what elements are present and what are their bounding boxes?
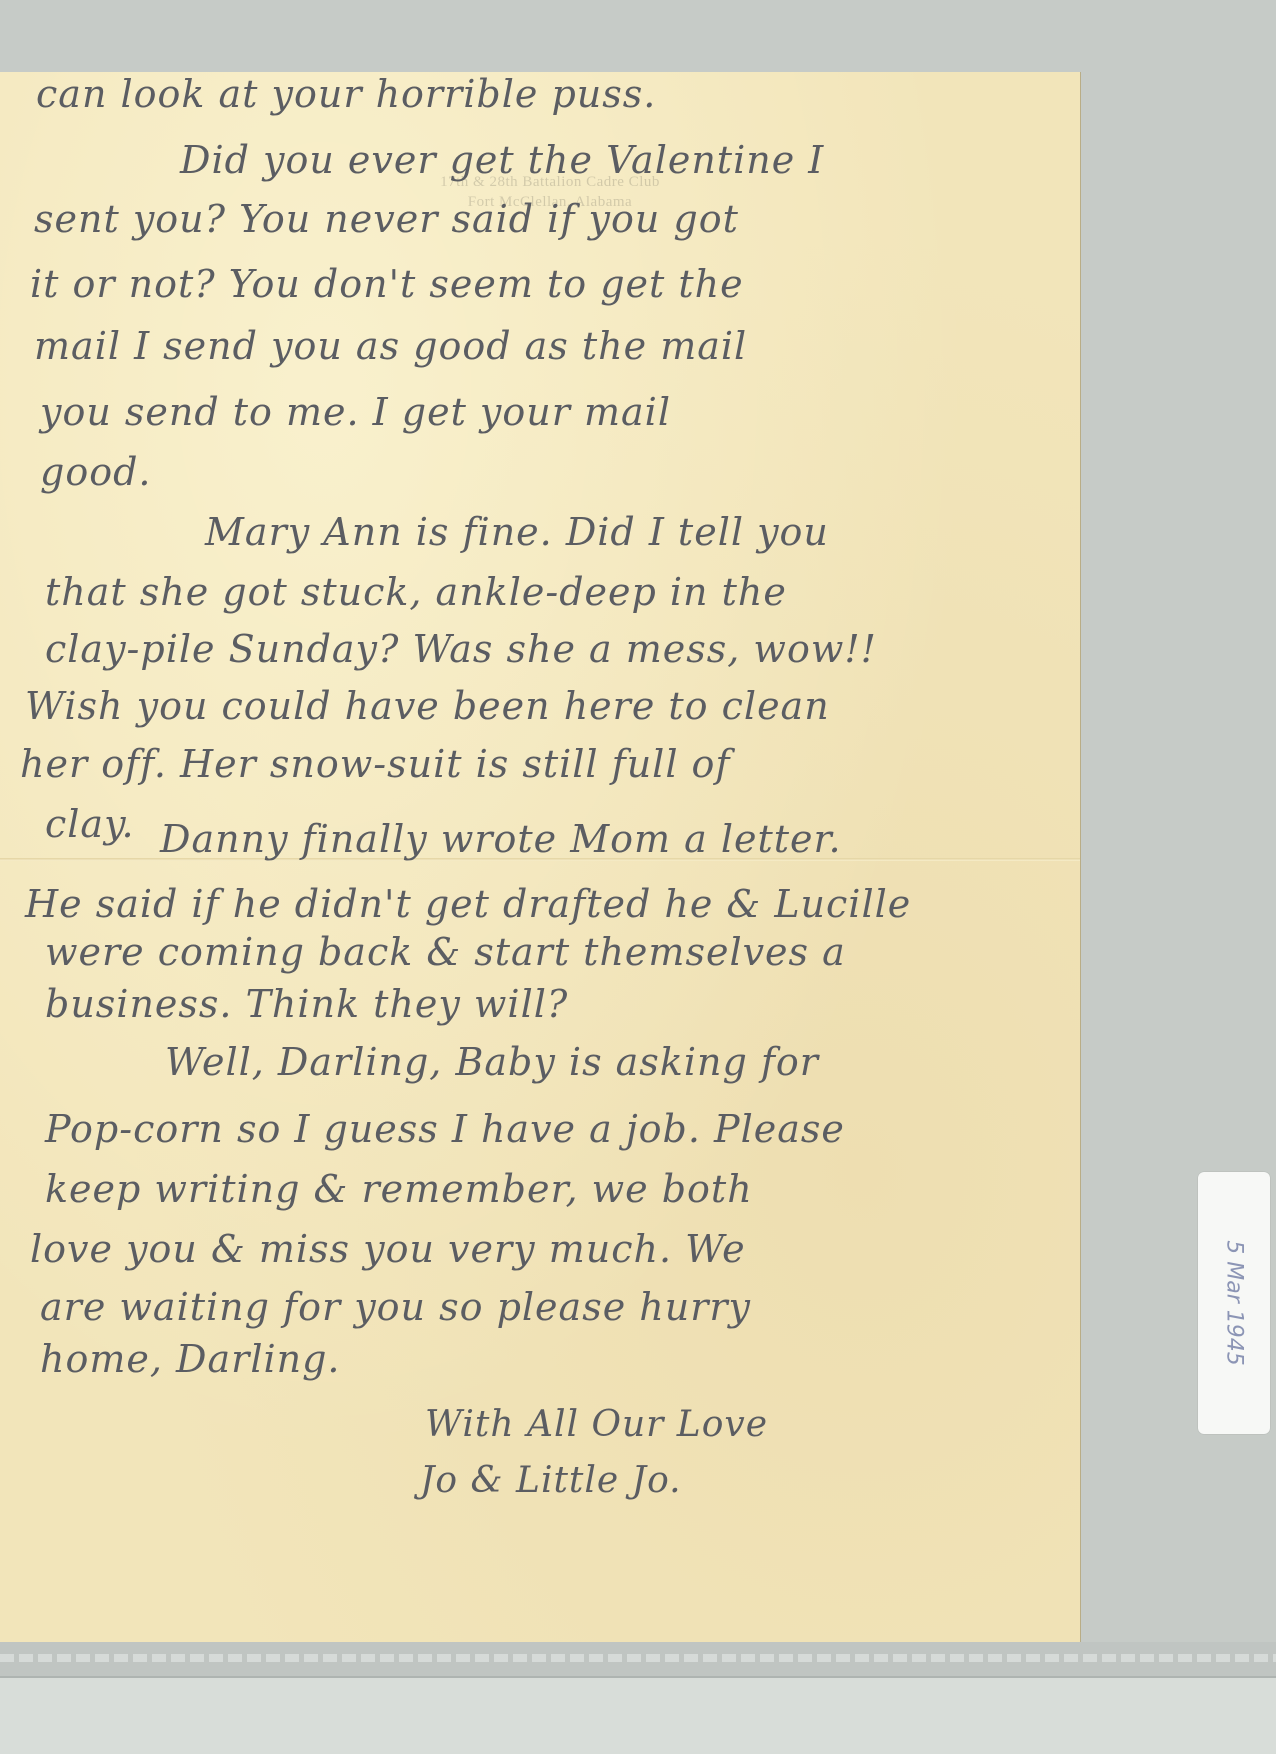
sleeve-perforated-strip — [0, 1642, 1276, 1678]
letter-line: Danny finally wrote Mom a letter. — [160, 817, 842, 861]
letter-line: Wish you could have been here to clean — [25, 684, 830, 728]
letter-line: sent you? You never said if you got — [34, 197, 739, 241]
letter-signature: Jo & Little Jo. — [420, 1460, 682, 1501]
letter-line: were coming back & start themselves a — [45, 930, 846, 974]
letter-line: that she got stuck, ankle-deep in the — [45, 570, 787, 614]
letter-line: good. — [40, 450, 152, 494]
letter-page: 17th & 28th Battalion Cadre Club Fort Mc… — [0, 72, 1080, 1642]
letter-line: home, Darling. — [40, 1337, 341, 1381]
perforation-holes — [0, 1654, 1276, 1662]
letter-line: mail I send you as good as the mail — [34, 324, 747, 368]
archive-date-label: 5 Mar 1945 — [1198, 1172, 1270, 1434]
letter-line: it or not? You don't seem to get the — [30, 262, 744, 306]
letter-line: Pop-corn so I guess I have a job. Please — [45, 1107, 845, 1151]
letter-line: Mary Ann is fine. Did I tell you — [205, 510, 829, 554]
letter-line: Well, Darling, Baby is asking for — [165, 1040, 819, 1084]
letter-line: are waiting for you so please hurry — [40, 1285, 751, 1329]
letter-line: can look at your horrible puss. — [36, 72, 656, 116]
letter-line: you send to me. I get your mail — [40, 390, 671, 434]
archive-date-text: 5 Mar 1945 — [1222, 1240, 1247, 1365]
letter-line: keep writing & remember, we both — [45, 1167, 753, 1211]
letter-line: He said if he didn't get drafted he & Lu… — [25, 882, 911, 926]
letter-line: clay. — [45, 802, 135, 846]
letter-line: love you & miss you very much. We — [30, 1227, 746, 1271]
letter-line: business. Think they will? — [45, 982, 568, 1026]
letter-closing: With All Our Love — [425, 1404, 768, 1445]
letter-line: Did you ever get the Valentine I — [180, 138, 824, 182]
letter-line: clay-pile Sunday? Was she a mess, wow!! — [45, 627, 877, 671]
sleeve-lower-band — [0, 1678, 1276, 1754]
letter-line: her off. Her snow-suit is still full of — [20, 742, 731, 786]
